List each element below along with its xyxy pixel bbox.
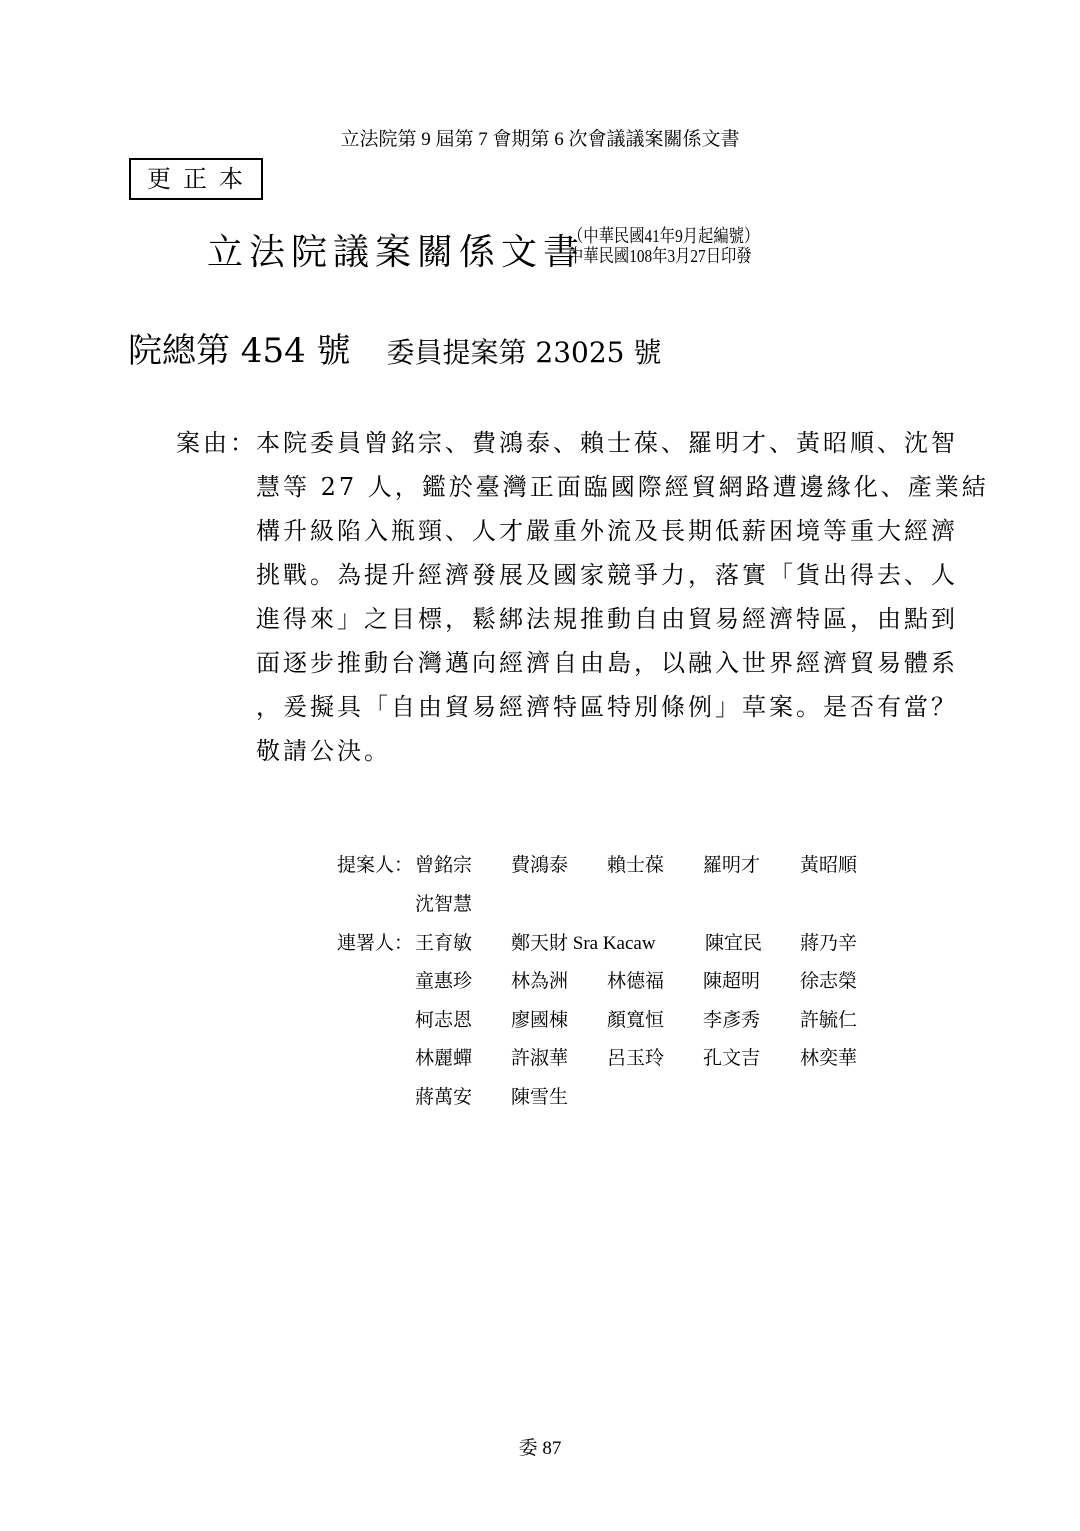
cosigner-name: 蔣乃辛	[800, 928, 857, 955]
proposer-name: 費鴻泰	[511, 850, 568, 877]
cosigner-name: 廖國棟	[511, 1005, 568, 1032]
proposer-name: 羅明才	[703, 850, 760, 877]
reason-line: 挑戰。為提升經濟發展及國家競爭力，落實「貨出得去、人	[256, 553, 956, 597]
cosigner-name: 孔文吉	[703, 1043, 760, 1070]
proposer-name: 沈智慧	[415, 889, 472, 916]
cosigner-name: 林麗蟬	[415, 1043, 472, 1070]
reason-text: 本院委員曾銘宗、費鴻泰、賴士葆、羅明才、黃昭順、沈智 慧等 27 人，鑑於臺灣正…	[256, 421, 956, 773]
proposer-name: 曾銘宗	[415, 850, 472, 877]
reason-line: 本院委員曾銘宗、費鴻泰、賴士葆、羅明才、黃昭順、沈智	[256, 421, 956, 465]
cosigner-name: 柯志恩	[415, 1005, 472, 1032]
cosigner-name: 王育敏	[415, 928, 472, 955]
cosigner-name: 童惠珍	[415, 966, 472, 993]
cosigner-name: 許淑華	[511, 1043, 568, 1070]
cosigner-name: 鄭天財 Sra Kacaw	[511, 928, 656, 955]
numbering-note: （中華民國41年9月起編號）	[568, 226, 759, 246]
title-note: （中華民國41年9月起編號） 中華民國108年3月27日印發	[568, 226, 793, 266]
document-number: 院總第 454 號委員提案第 23025 號	[128, 323, 661, 372]
general-number: 院總第 454 號	[128, 331, 351, 371]
print-date: 中華民國108年3月27日印發	[568, 246, 759, 266]
cosigner-name: 陳雪生	[511, 1082, 568, 1109]
cosigner-name: 顏寬恒	[607, 1005, 664, 1032]
reason-line: 面逐步推動台灣邁向經濟自由島，以融入世界經濟貿易體系	[256, 641, 956, 685]
page-number: 委 87	[0, 1433, 1080, 1460]
cosigner-name: 許毓仁	[800, 1005, 857, 1032]
cosigner-name: 呂玉玲	[607, 1043, 664, 1070]
cosigner-name: 蔣萬安	[415, 1082, 472, 1109]
cosigner-name: 林為洲	[511, 966, 568, 993]
session-header: 立法院第 9 屆第 7 會期第 6 次會議議案關係文書	[0, 124, 1080, 151]
corrected-version-stamp: 更正本	[129, 158, 263, 200]
cosigner-name: 陳超明	[703, 966, 760, 993]
reason-line: 進得來」之目標，鬆綁法規推動自由貿易經濟特區，由點到	[256, 597, 956, 641]
proposal-number: 委員提案第 23025 號	[387, 336, 662, 369]
reason-label: 案由：	[176, 421, 257, 465]
cosigner-name: 陳宜民	[705, 928, 762, 955]
reason-line: 慧等 27 人，鑑於臺灣正面臨國際經貿網路遭邊緣化、產業結	[256, 465, 956, 509]
cosigner-name: 林德福	[607, 966, 664, 993]
reason-line: 敬請公決。	[256, 729, 956, 773]
cosigner-name: 徐志榮	[800, 966, 857, 993]
proposers-label: 提案人：	[337, 850, 413, 877]
proposer-name: 黃昭順	[800, 850, 857, 877]
proposer-name: 賴士葆	[607, 850, 664, 877]
reason-line: 構升級陷入瓶頸、人才嚴重外流及長期低薪困境等重大經濟	[256, 509, 956, 553]
cosigner-name: 林奕華	[800, 1043, 857, 1070]
reason-line: ，爰擬具「自由貿易經濟特區特別條例」草案。是否有當？	[256, 685, 956, 729]
document-title: 立法院議案關係文書	[207, 224, 585, 275]
cosigners-label: 連署人：	[337, 928, 413, 955]
cosigner-name: 李彥秀	[703, 1005, 760, 1032]
